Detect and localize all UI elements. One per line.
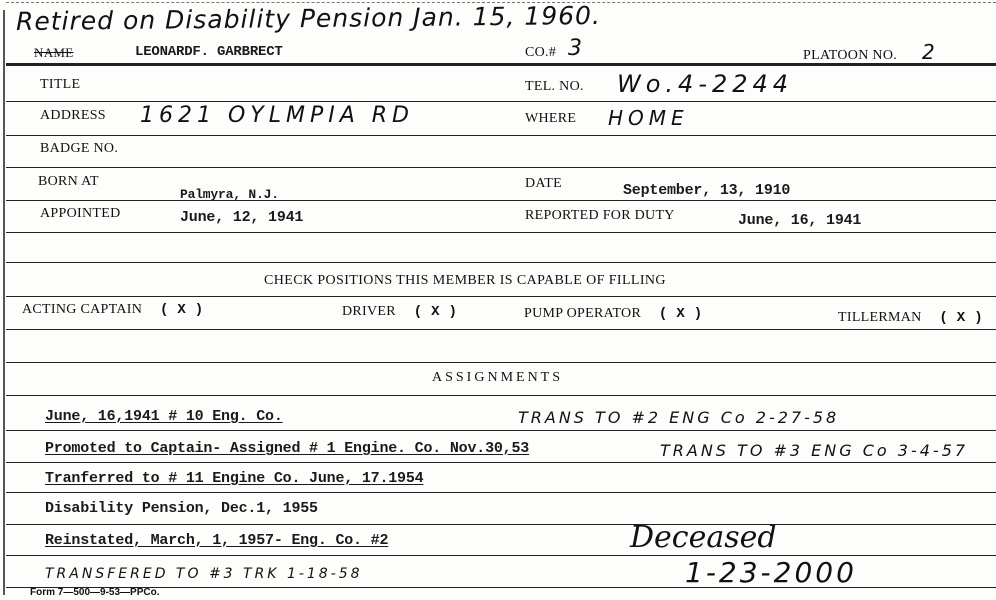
position-label: TILLERMAN xyxy=(838,310,922,325)
personnel-record-card: Retired on Disability Pension Jan. 15, 1… xyxy=(0,0,996,600)
divider xyxy=(6,296,996,297)
position-driver: DRIVER ( X ) xyxy=(342,304,457,320)
name-label: NAME xyxy=(34,45,73,61)
position-checkbox[interactable]: ( X ) xyxy=(414,304,458,320)
position-acting-captain: ACTING CAPTAIN ( X ) xyxy=(22,302,203,318)
title-label: TITLE xyxy=(40,77,80,93)
platoon-value: 2 xyxy=(922,40,935,64)
badge-label: BADGE NO. xyxy=(40,141,118,157)
tel-value: Wo.4-2244 xyxy=(617,70,793,98)
position-checkbox[interactable]: ( X ) xyxy=(160,302,204,318)
divider xyxy=(6,524,996,525)
divider xyxy=(6,63,996,66)
positions-heading: CHECK POSITIONS THIS MEMBER IS CAPABLE O… xyxy=(264,273,666,289)
deceased-date: 1-23-2000 xyxy=(685,556,857,589)
assignment-entry: Reinstated, March, 1, 1957- Eng. Co. #2 xyxy=(45,532,388,549)
address-label: ADDRESS xyxy=(40,108,106,124)
form-number: Form 7—500—9-53—PPCo. xyxy=(30,587,160,598)
position-label: ACTING CAPTAIN xyxy=(22,302,142,317)
where-label: WHERE xyxy=(525,111,576,127)
reported-for-duty-label: REPORTED FOR DUTY xyxy=(525,208,675,224)
co-label: CO.# xyxy=(525,45,556,61)
birth-date-label: DATE xyxy=(525,176,562,192)
assignment-handwritten-note: TRANSFERED TO #3 TRK 1-18-58 xyxy=(45,566,363,582)
tel-label: TEL. NO. xyxy=(525,79,584,95)
where-value: HOME xyxy=(608,106,689,130)
reported-for-duty-value: June, 16, 1941 xyxy=(738,212,861,229)
divider xyxy=(6,232,996,233)
card-left-edge xyxy=(3,10,5,595)
assignment-entry: Disability Pension, Dec.1, 1955 xyxy=(45,500,318,517)
divider xyxy=(6,167,996,168)
divider xyxy=(6,362,996,363)
platoon-label: PLATOON NO. xyxy=(803,48,897,64)
assignment-handwritten-note: TRANS TO #2 ENG Co 2-27-58 xyxy=(518,408,839,427)
appointed-value: June, 12, 1941 xyxy=(180,209,303,226)
assignment-entry: June, 16,1941 # 10 Eng. Co. xyxy=(45,408,283,425)
appointed-label: APPOINTED xyxy=(40,206,120,222)
divider xyxy=(6,329,996,330)
co-value: 3 xyxy=(568,36,582,61)
divider xyxy=(6,101,996,102)
divider xyxy=(6,200,996,201)
position-checkbox[interactable]: ( X ) xyxy=(939,310,983,326)
assignments-heading: ASSIGNMENTS xyxy=(432,370,563,386)
name-value: LEONARDF. GARBRECT xyxy=(135,44,283,60)
deceased-note: Deceased xyxy=(630,520,777,555)
position-label: DRIVER xyxy=(342,304,396,319)
divider xyxy=(6,395,996,396)
divider xyxy=(6,262,996,263)
position-label: PUMP OPERATOR xyxy=(524,306,641,321)
divider xyxy=(6,135,996,136)
position-tillerman: TILLERMAN ( X ) xyxy=(838,310,983,326)
address-value: 1621 OYLMPIA RD xyxy=(140,103,414,128)
retirement-annotation: Retired on Disability Pension Jan. 15, 1… xyxy=(16,1,601,36)
position-pump-operator: PUMP OPERATOR ( X ) xyxy=(524,306,702,322)
position-checkbox[interactable]: ( X ) xyxy=(659,306,703,322)
birth-date-value: September, 13, 1910 xyxy=(623,182,790,199)
born-at-label: BORN AT xyxy=(38,174,99,190)
divider xyxy=(6,462,996,463)
divider xyxy=(6,492,996,493)
assignment-entry: Tranferred to # 11 Engine Co. June, 17.1… xyxy=(45,470,423,487)
assignment-entry: Promoted to Captain- Assigned # 1 Engine… xyxy=(45,440,529,457)
divider xyxy=(6,430,996,431)
assignment-handwritten-note: TRANS TO #3 ENG Co 3-4-57 xyxy=(660,441,968,460)
